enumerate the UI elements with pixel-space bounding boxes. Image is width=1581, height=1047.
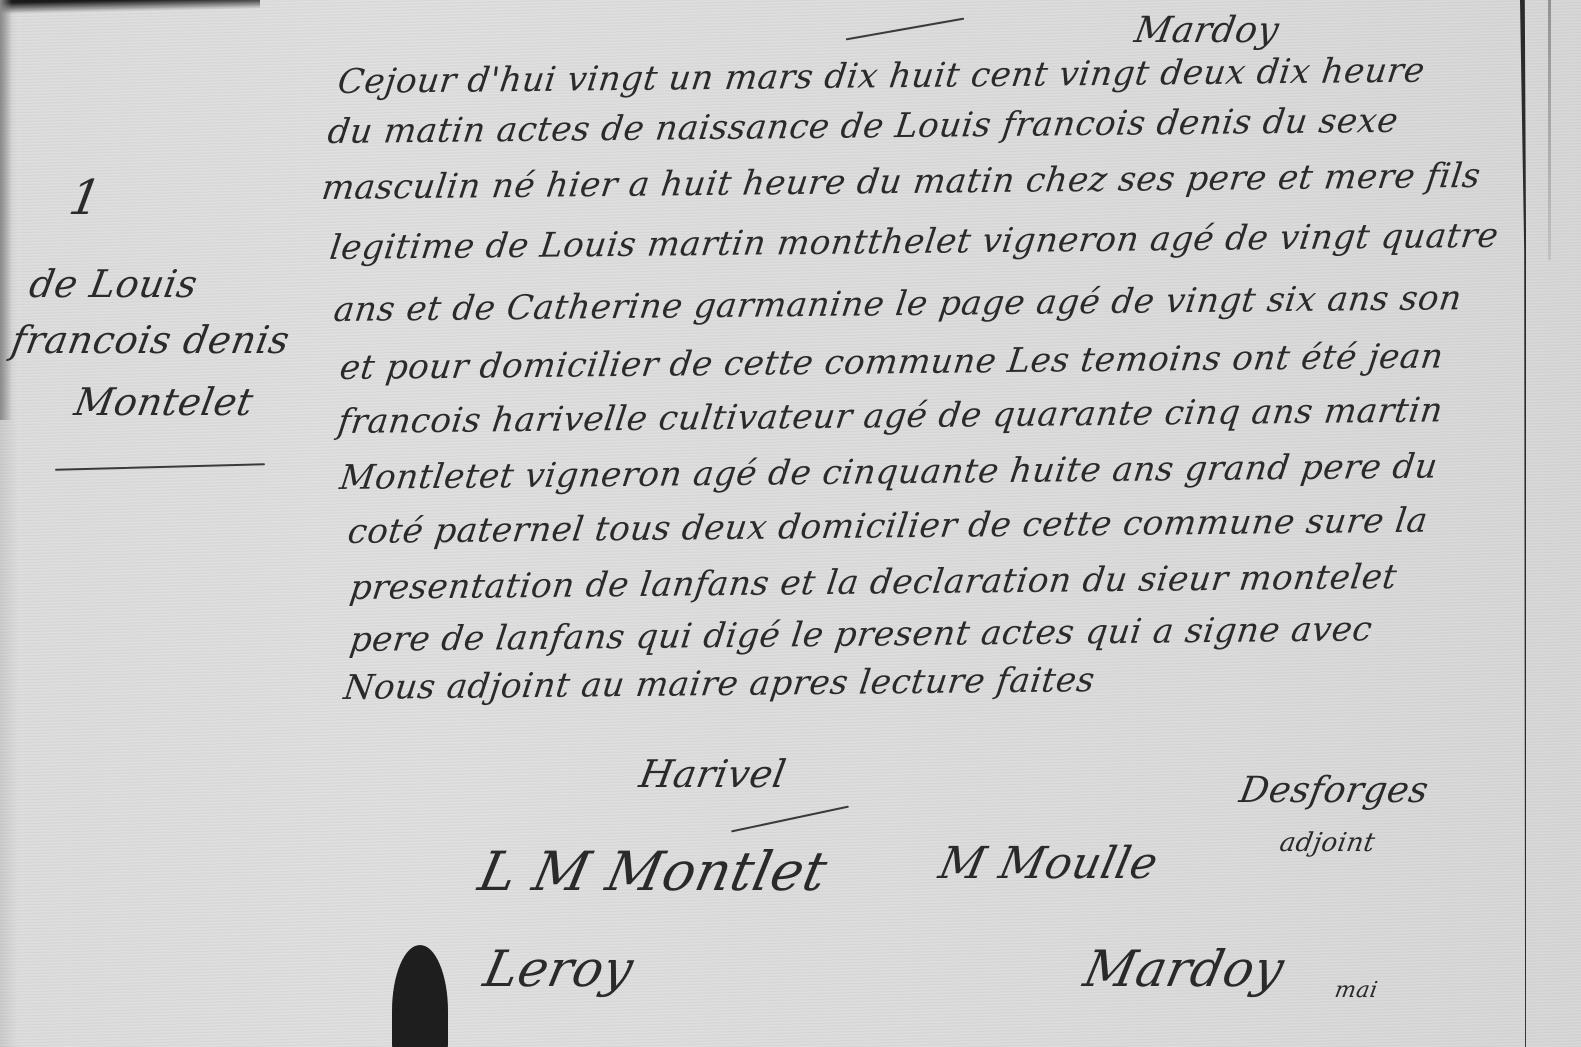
body-line-12: Nous adjoint au maire apres lecture fait… xyxy=(341,660,1097,708)
margin-line-1: de Louis xyxy=(26,262,201,306)
signature-moulle: M Moulle xyxy=(935,838,1163,889)
signature-leroy: Leroy xyxy=(479,940,639,998)
adjoint-title: adjoint xyxy=(1277,828,1377,858)
top-signature: Mardoy xyxy=(1131,10,1282,51)
maire-title: mai xyxy=(1333,978,1380,1003)
right-margin-faint-rule xyxy=(1548,0,1551,260)
margin-line-2: francois denis xyxy=(8,318,293,362)
margin-line-3: Montelet xyxy=(71,380,257,424)
signature-mardoy: Mardoy xyxy=(1079,940,1290,998)
signature-father: L M Montlet xyxy=(473,840,833,903)
signature-desforges: Desforges xyxy=(1236,770,1431,811)
signature-harivel: Harivel xyxy=(636,752,789,796)
